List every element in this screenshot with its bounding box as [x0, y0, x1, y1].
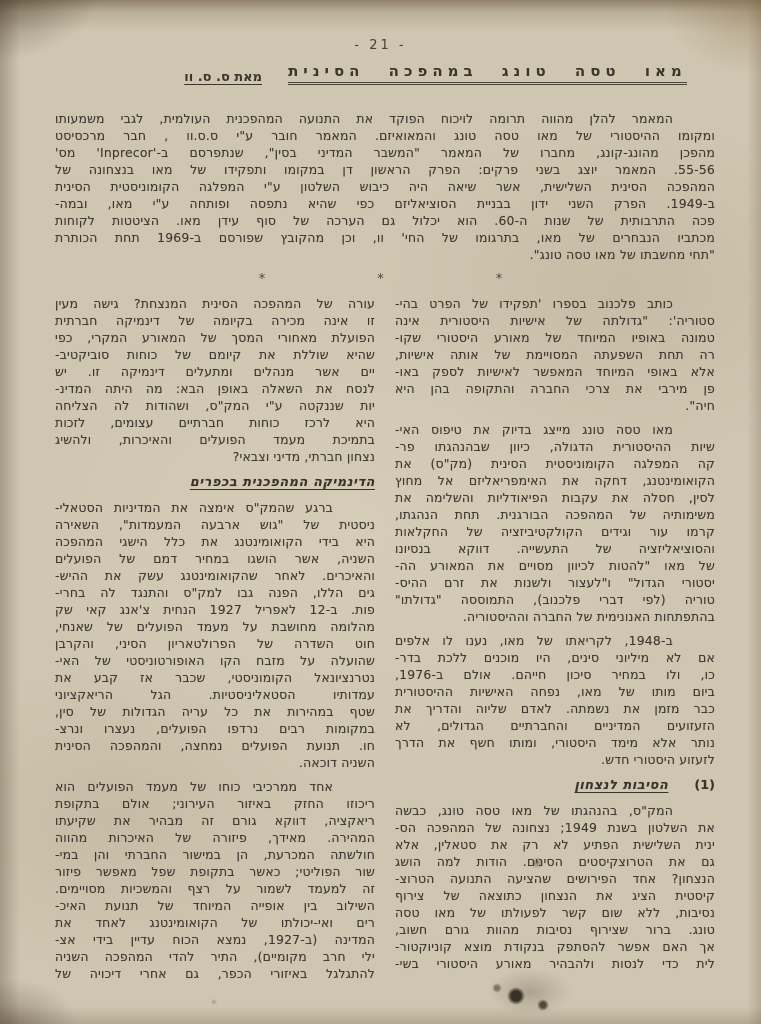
text-line: ריאקציה, דווקא גורם זה מבהיר את שקיעתו	[55, 812, 375, 829]
text-line: "תחי מחשבתו של מאו טסה טונג".	[55, 246, 715, 263]
text-line: קה המפלגה הקומוניסטית הסינית (מק"ס) את	[395, 455, 715, 472]
section-heading: (1)הסיבות לנצחון	[395, 778, 715, 793]
asterisk-divider: * * *	[0, 272, 761, 287]
text-line: להתגלגל באיזורי הכפר, גם אחרי דיכויה של	[55, 965, 375, 982]
text-line: ב-1948, לקריאתו של מאו, נענו לו אלפים	[395, 632, 715, 649]
text-line: בהתפתחות האנונימית של החברה וההיסטוריה.	[395, 608, 715, 625]
text-line: שור הפוליטי; כאשר בתקופת שפל מאפשר פיזור	[55, 863, 375, 880]
text-line: הפועלת מאחורי המסך של המאורע המקרי, כפי	[55, 329, 375, 346]
text-line: רים ואי-יכולתו של הקואומינטנג לאחד את	[55, 914, 375, 931]
text-line: שהועלה על מזבח הקו האופורטוניסטי של האי-	[55, 652, 375, 669]
text-line: נצחון חברתי, מדיני וצבאי?	[55, 448, 375, 465]
paragraph: ב-1948, לקריאתו של מאו, נענו לו אלפיםאם …	[395, 632, 715, 768]
text-line: ריכוזו החזק באיזור העירוני; אולם בתקופת	[55, 795, 375, 812]
text-line: של מאו "להטות לכיוון מסויים את המאורע הה…	[395, 557, 715, 574]
text-line: את השלטון בשנת 1949; נצחונה של המהפכה הס…	[395, 819, 715, 836]
paragraph: כותב פלכנוב בספרו 'תפקידו של הפרט בהי-סט…	[395, 295, 715, 414]
text-line: הנצחון? אחד הפירושים שהציעה התנועה הטרוצ…	[395, 870, 715, 887]
text-line: קרמו עור וגידים הקולקטיביזציה של החקלאות	[395, 523, 715, 540]
text-line: גים הללו, הפנה גבו למק"ס והתנגד לה בחרי-	[55, 584, 375, 601]
text-line: בתמיכת מעמד הפועלים והאיכרות, ולהשיג	[55, 431, 375, 448]
scanned-page: - 21 - מאו טסה טונג במהפכה הסינית מאת ס.…	[0, 0, 761, 1024]
text-line: ברגע שהמק"ס אימצה את המדיניות הסטאלי-	[55, 499, 375, 516]
text-line: המדינה (ב-1927, נמצא הכוח עדיין בידי אצ-	[55, 931, 375, 948]
text-line: חיה".	[395, 397, 715, 414]
text-line: חוט השדרה של הפרולטאריון הסיני, והקרבן	[55, 635, 375, 652]
text-line: ינית השלישית הפתיע לא רק את סטאלין, אלא	[395, 836, 715, 853]
text-line: היא לרכז כוחות חברתיים עצומים, לזכות	[55, 414, 375, 431]
text-line: יות שננקטה ע"י המק"ס, ושהודות לה הצליחה	[55, 397, 375, 414]
section-heading-text: הדינמיקה המהפכנית בכפרים	[190, 475, 375, 490]
text-line: אחד ממרכיבי כוחו של מעמד הפועלים הוא	[55, 778, 375, 795]
text-line: רה תחת השפעתה המסויימת של אותה אישיות,	[395, 346, 715, 363]
text-line: השילוב בין אופייה המיוחד של תנועת האיכ-	[55, 897, 375, 914]
text-line: אך האם אפשר להסתפק בנקודת מוצא קוניוקטור…	[395, 938, 715, 955]
text-line: מאו טסה טונג מייצג בדיוק את טיפוס האי-	[395, 421, 715, 438]
intro-paragraph: המאמר להלן מהווה תרומה לויכוח הפוקד את ה…	[55, 110, 715, 263]
text-line: והסוציאליזציה של התעשייה. דווקא בנסיונו	[395, 540, 715, 557]
text-line: המהירה. מאידך, פיזורה של האיכרות מהווה	[55, 829, 375, 846]
text-line: מהפכן מהונג-קונג, מחברו של המאמר "המשבר …	[55, 144, 715, 161]
text-line: ומקומו ההיסטורי של מאו טסה טונג והמאואיז…	[55, 127, 715, 144]
text-line: כותב פלכנוב בספרו 'תפקידו של הפרט בהי-	[395, 295, 715, 312]
text-line: טוריה (לפי דברי פלכנוב), התמוססה "גדולתו…	[395, 591, 715, 608]
paragraph: אחד ממרכיבי כוחו של מעמד הפועלים הואריכו…	[55, 778, 375, 982]
paragraph: המק"ס, בהנהגתו של מאו טסה טונג, כבשהאת ה…	[395, 802, 715, 972]
text-line: הקואומינטנג, דחקה את האימפריאליזם אל מחו…	[395, 472, 715, 489]
article-byline: מאת ס. ס. וו	[184, 70, 262, 85]
text-line: במקומות רבים נרדפו הפועלים, נעצרו ונרצ-	[55, 720, 375, 737]
text-line: ילי חרב מקומיים), התיר להדי המהפכה השניה	[55, 948, 375, 965]
paragraph: המאמר להלן מהווה תרומה לויכוח הפוקד את ה…	[55, 110, 715, 263]
text-line: ניסטית של "גוש ארבעה המעמדות", השאירה	[55, 516, 375, 533]
text-line: היא בידי הקואומינטנג את כלל הישגי המהפכה	[55, 533, 375, 550]
section-number: (1)	[694, 778, 715, 793]
section-heading: הדינמיקה המהפכנית בכפרים	[55, 475, 375, 490]
text-line: 55-56. המאמר יוצג בשני פרקים: הפרק הראשו…	[55, 161, 715, 178]
text-line: הזעזועים המדיניים והחברתיים הגדולים, לא	[395, 717, 715, 734]
section-heading-text: הסיבות לנצחון	[574, 778, 668, 793]
text-line: השניה דוכאה.	[55, 754, 375, 771]
text-line: לנסח את השאלה באופן הבא: מה היתה המדינ-	[55, 380, 375, 397]
text-line: ב-1949. הפרק השני ידון בבניית הסוציאליזם…	[55, 195, 715, 212]
text-line: אלא באופי המיוחד המאפשר לאישיות לספק באו…	[395, 363, 715, 380]
text-line: נסיבות, ללא שום קשר לפעולתו של מאו טסה	[395, 904, 715, 921]
text-line: גם את הטרוצקיסטים הסינים. הודות למה הושג	[395, 853, 715, 870]
text-line: והאיכרים. לאחר שהקואומינטנג עשק את ההיש-	[55, 567, 375, 584]
text-line: כו, ולו במחיר סיכון חייהם. אולם ב-1976,	[395, 666, 715, 683]
title-row: מאו טסה טונג במהפכה הסינית מאת ס. ס. וו	[0, 62, 761, 85]
text-line: לזעזוע היסטורי חדש.	[395, 751, 715, 768]
text-line: טונג. ברור שצירוף נסיבות מהוות גורם חשוב…	[395, 921, 715, 938]
text-line: המהפכה הסינית השלישית, אשר שיאה היה כיבו…	[55, 178, 715, 195]
text-line: כבר מזמן את נשמתה. לאדם שליוה והדריך את	[395, 700, 715, 717]
text-line: סטוריה': "גדולתה של אישיות היסטורית אינה	[395, 312, 715, 329]
text-line: המק"ס, בהנהגתו של מאו טסה טונג, כבשה	[395, 802, 715, 819]
text-line: חו. תנועת הפועלים נמחצה, והמהפכה הסינית	[55, 737, 375, 754]
text-line: המאמר להלן מהווה תרומה לויכוח הפוקד את ה…	[55, 110, 715, 127]
text-line: שיות ההיסטורית הדגולה, כיוון שבהנהגתו פר…	[395, 438, 715, 455]
text-line: ביום מותו של מאו, נפחה האישיות ההיסטורית	[395, 683, 715, 700]
paragraph: מאו טסה טונג מייצג בדיוק את טיפוס האי-שי…	[395, 421, 715, 625]
paragraph: עורה של המהפכה הסינית המנצחת? גישה מעיןז…	[55, 295, 375, 465]
page-number: - 21 -	[0, 0, 761, 53]
text-line: משימותיה של המהפכה הבורגנית. תחת הנהגתו,	[395, 506, 715, 523]
text-line: טמונה באופיו המיוחד של מאורע היסטורי שקו…	[395, 329, 715, 346]
column-left: עורה של המהפכה הסינית המנצחת? גישה מעיןז…	[55, 295, 375, 989]
text-line: מהלומה מחושבת על מעמד הפועלים של שאנחי,	[55, 618, 375, 635]
text-line: נטרנציונאל הקומוניסטי, שכבר אז קבע את	[55, 669, 375, 686]
column-right: כותב פלכנוב בספרו 'תפקידו של הפרט בהי-סט…	[395, 295, 715, 989]
asterisk: *	[496, 272, 503, 287]
article-title: מאו טסה טונג במהפכה הסינית	[288, 62, 687, 85]
text-line: פן מירבי את צרכי החברה והתקופה בהן היא	[395, 380, 715, 397]
text-line: מכתביו הנבחרים של מאו, בתרגומו של החי' ו…	[55, 229, 715, 246]
asterisk: *	[259, 272, 266, 287]
paragraph: ברגע שהמק"ס אימצה את המדיניות הסטאלי-ניס…	[55, 499, 375, 771]
text-line: שטף במהירות את כל עריה הגדולות של סין,	[55, 703, 375, 720]
text-line: זה למעמד לשמור על רצף והמשכיות מסויימים.	[55, 880, 375, 897]
text-line: השניה, אשר הושגו במחיר דמם של הפועלים	[55, 550, 375, 567]
text-line: נותר אלא מימד היסטורי, ומותו חשף את הדרך	[395, 734, 715, 751]
text-line: פות. ב-12 לאפריל 1927 הנחית צ'אנג קאי שק	[55, 601, 375, 618]
text-line: לית כדי לנסות ולהבהיר מאורע היסטורי בשי-	[395, 955, 715, 972]
text-line: פכה התרבותית של שנות ה-60. הוא יכלול גם …	[55, 212, 715, 229]
asterisk: *	[377, 272, 384, 287]
two-column-text: כותב פלכנוב בספרו 'תפקידו של הפרט בהי-סט…	[55, 295, 715, 989]
text-line: חולשתה המכרעת, הן במישור החברתי והן במי-	[55, 846, 375, 863]
text-line: יסטורי הגדול" ו"לעצור ולשנות את זרם ההיס…	[395, 574, 715, 591]
text-line: לסין, חסלה את עקבות הפיאודליות והשלימה א…	[395, 489, 715, 506]
text-line: עמדותיו הסטאליניסטיות. הגל הריאקציוני	[55, 686, 375, 703]
text-line: עורה של המהפכה הסינית המנצחת? גישה מעין	[55, 295, 375, 312]
text-line: שהיא שוללת את קיומם של כוחות סוביקטיב-	[55, 346, 375, 363]
text-line: קיסטית הציג את הנצחון כתוצאה של צירוף	[395, 887, 715, 904]
text-line: יים אשר מנהלים ומתעלים דינמיקה זו. יש	[55, 363, 375, 380]
text-line: זו אינה מכירה בקיומה של דינמיקה חברתית	[55, 312, 375, 329]
text-line: אם לא מיליוני סינים, היו מוכנים ללכת בדר…	[395, 649, 715, 666]
